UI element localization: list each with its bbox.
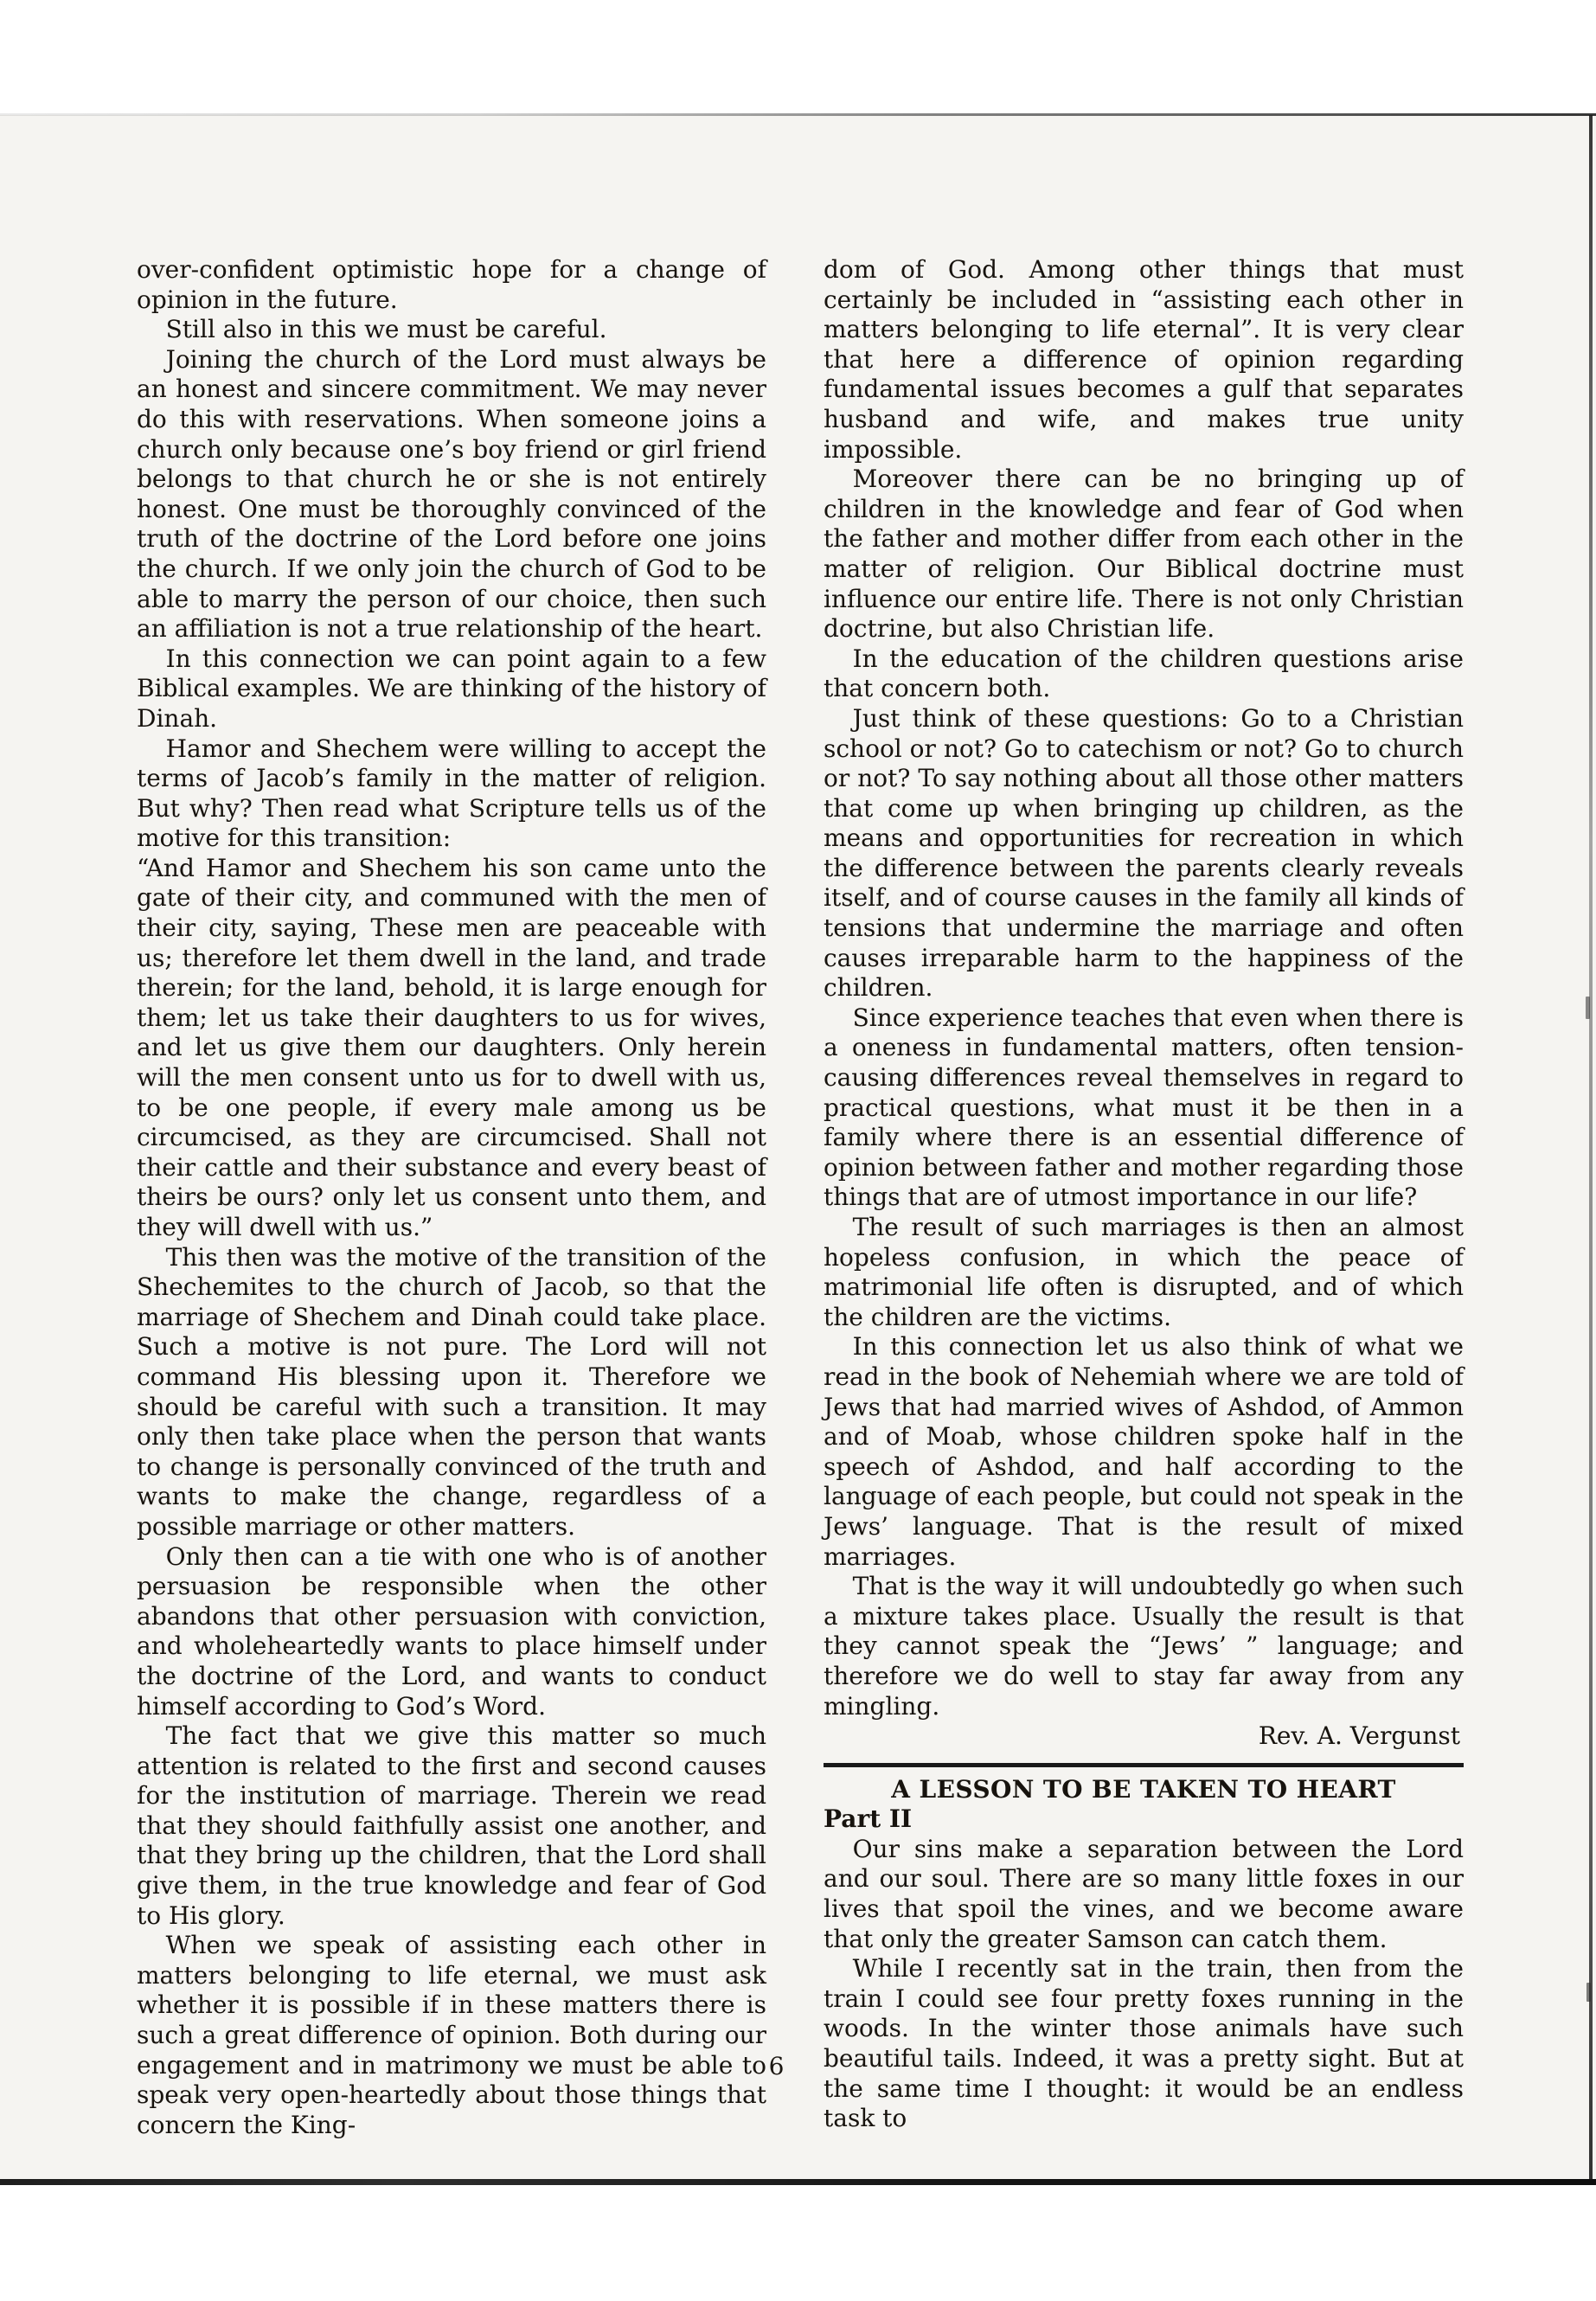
paragraph: The fact that we give this matter so muc…: [137, 1721, 766, 1931]
paragraph: In the education of the children questio…: [824, 644, 1464, 704]
left-column: over-confident optimistic hope for a cha…: [137, 255, 766, 2140]
paragraph: Only then can a tie with one who is of a…: [137, 1542, 766, 1722]
part-label: Part II: [824, 1804, 1464, 1835]
paragraph: Just think of these questions: Go to a C…: [824, 704, 1464, 1003]
paragraph: In this connection let us also think of …: [824, 1332, 1464, 1572]
scanned-document-page: { "colors": { "background": "#ffffff", "…: [0, 0, 1596, 2301]
paragraph: Hamor and Shechem were willing to accept…: [137, 734, 766, 854]
article-continuation: dom of God. Among other things that must…: [824, 255, 1464, 1721]
paragraph: over-confident optimistic hope for a cha…: [137, 255, 766, 315]
paragraph: This then was the motive of the transiti…: [137, 1243, 766, 1542]
paragraph: In this connection we can point again to…: [137, 644, 766, 734]
paragraph: “And Hamor and Shechem his son came unto…: [137, 854, 766, 1243]
paragraph: Moreover there can be no bringing up of …: [824, 465, 1464, 644]
paragraph: When we speak of assisting each other in…: [137, 1931, 766, 2140]
section-divider: [824, 1763, 1464, 1767]
scan-artifact: [1586, 997, 1590, 1019]
scan-top-edge: [0, 113, 1596, 116]
scan-bottom-edge: [0, 2179, 1596, 2185]
signature: Rev. A. Vergunst: [824, 1721, 1464, 1752]
scan-artifact: [1586, 1983, 1591, 2002]
paragraph: Joining the church of the Lord must alwa…: [137, 345, 766, 644]
paragraph: While I recently sat in the train, then …: [824, 1954, 1464, 2134]
right-column: dom of God. Among other things that must…: [824, 255, 1464, 2134]
paragraph: Since experience teaches that even when …: [824, 1003, 1464, 1213]
paragraph: dom of God. Among other things that must…: [824, 255, 1464, 465]
scan-right-edge: [1589, 115, 1593, 2184]
paragraph: The result of such marriages is then an …: [824, 1213, 1464, 1332]
paragraph: Still also in this we must be careful.: [137, 315, 766, 345]
paragraph: Our sins make a separation between the L…: [824, 1835, 1464, 1954]
paragraph: That is the way it will undoubtedly go w…: [824, 1572, 1464, 1721]
lesson-body: Our sins make a separation between the L…: [824, 1835, 1464, 2134]
page-number: 6: [0, 2052, 1553, 2080]
article-title: A LESSON TO BE TAKEN TO HEART: [824, 1775, 1464, 1805]
